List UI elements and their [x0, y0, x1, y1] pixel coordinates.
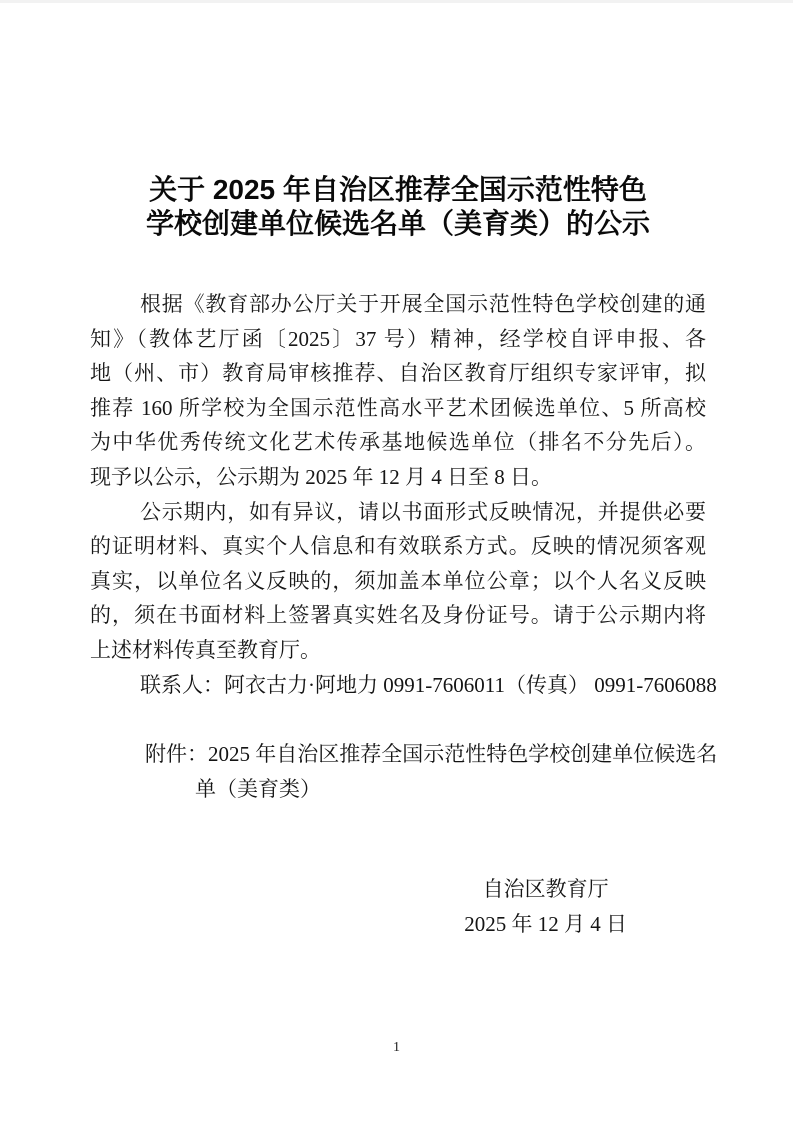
- issue-date: 2025 年 12 月 4 日: [464, 907, 627, 942]
- attachment-note: 附件：2025 年自治区推荐全国示范性特色学校创建单位候选名 单（美育类）: [90, 737, 706, 806]
- attachment-line-2: 单（美育类）: [195, 772, 706, 807]
- attachment-line-1: 附件：2025 年自治区推荐全国示范性特色学校创建单位候选名: [145, 737, 706, 772]
- signature-inner: 自治区教育厅 2025 年 12 月 4 日: [464, 872, 627, 942]
- page-number: 1: [0, 1039, 793, 1057]
- text-line: 公示期内，如有异议，请以书面形式反映情况，并提供必要: [90, 495, 706, 530]
- text-line: 真实，以单位名义反映的，须加盖本单位公章；以个人名义反映: [90, 564, 706, 599]
- text-line: 为中华优秀传统文化艺术传承基地候选单位（排名不分先后）。: [90, 425, 706, 460]
- text-line: 上述材料传真至教育厅。: [90, 633, 706, 668]
- text-line: 根据《教育部办公厅关于开展全国示范性特色学校创建的通: [90, 287, 706, 322]
- document-title: 关于 2025 年自治区推荐全国示范性特色 学校创建单位候选名单（美育类）的公示: [90, 173, 706, 241]
- text-line: 知》（教体艺厅函〔2025〕37 号）精神，经学校自评申报、各: [90, 322, 706, 357]
- text-line: 推荐 160 所学校为全国示范性高水平艺术团候选单位、5 所高校: [90, 391, 706, 426]
- signature-block: 自治区教育厅 2025 年 12 月 4 日: [90, 872, 706, 942]
- text-line: 地（州、市）教育局审核推荐、自治区教育厅组织专家评审，拟: [90, 356, 706, 391]
- text-line: 的证明材料、真实个人信息和有效联系方式。反映的情况须客观: [90, 529, 706, 564]
- text-line: 的，须在书面材料上签署真实姓名及身份证号。请于公示期内将: [90, 598, 706, 633]
- contact-line: 联系人：阿衣古力·阿地力 0991-7606011（传真） 0991-76060…: [90, 668, 706, 703]
- text-line: 现予以公示，公示期为 2025 年 12 月 4 日至 8 日。: [90, 460, 706, 495]
- document-page: 关于 2025 年自治区推荐全国示范性特色 学校创建单位候选名单（美育类）的公示…: [0, 0, 793, 1122]
- title-line-2: 学校创建单位候选名单（美育类）的公示: [90, 207, 706, 241]
- paragraph-objection-instructions: 公示期内，如有异议，请以书面形式反映情况，并提供必要的证明材料、真实个人信息和有…: [90, 495, 706, 668]
- paragraph-recommendation-basis: 根据《教育部办公厅关于开展全国示范性特色学校创建的通知》（教体艺厅函〔2025〕…: [90, 287, 706, 495]
- issuing-authority: 自治区教育厅: [464, 872, 627, 907]
- title-line-1: 关于 2025 年自治区推荐全国示范性特色: [90, 173, 706, 207]
